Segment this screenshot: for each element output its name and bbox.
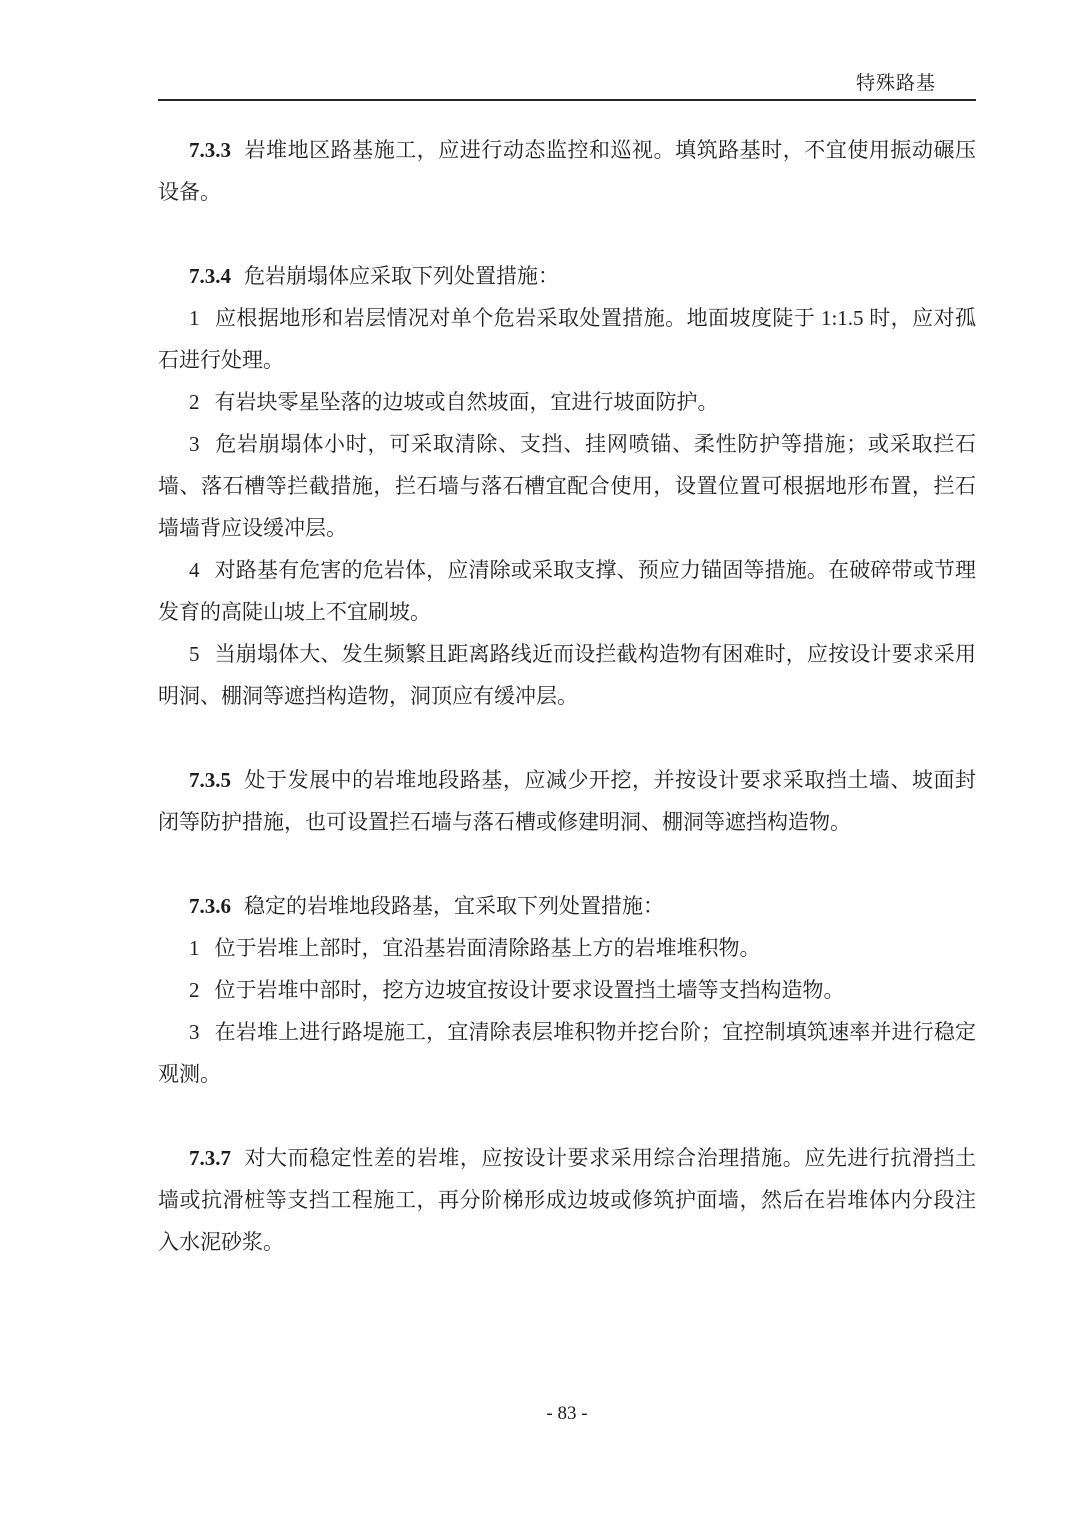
item-number: 5 bbox=[189, 642, 200, 666]
item-text: 在岩堆上进行路堤施工，宜清除表层堆积物并挖台阶；宜控制填筑速率并进行稳定观测。 bbox=[158, 1020, 976, 1086]
page-body: 7.3.3岩堆地区路基施工，应进行动态监控和巡视。填筑路基时，不宜使用振动碾压设… bbox=[158, 129, 976, 1263]
list-item: 3危岩崩塌体小时，可采取清除、支挡、挂网喷锚、柔性防护等措施；或采取拦石墙、落石… bbox=[158, 423, 976, 549]
item-number: 4 bbox=[189, 558, 200, 582]
section-paragraph: 7.3.4危岩崩塌体应采取下列处置措施： bbox=[158, 255, 976, 297]
section-7-3-4: 7.3.4危岩崩塌体应采取下列处置措施： 1应根据地形和岩层情况对单个危岩采取处… bbox=[158, 255, 976, 717]
list-item: 4对路基有危害的危岩体，应清除或采取支撑、预应力锚固等措施。在破碎带或节理发育的… bbox=[158, 549, 976, 633]
item-text: 当崩塌体大、发生频繁且距离路线近而设拦截构造物有困难时，应按设计要求采用明洞、棚… bbox=[158, 642, 976, 708]
section-7-3-7: 7.3.7对大而稳定性差的岩堆，应按设计要求采用综合治理措施。应先进行抗滑挡土墙… bbox=[158, 1137, 976, 1263]
section-text: 危岩崩塌体应采取下列处置措施： bbox=[244, 264, 559, 288]
item-number: 3 bbox=[189, 1020, 200, 1044]
item-text: 位于岩堆上部时，宜沿基岩面清除路基上方的岩堆堆积物。 bbox=[215, 936, 761, 960]
section-number: 7.3.6 bbox=[189, 894, 231, 918]
item-number: 1 bbox=[189, 936, 200, 960]
item-number: 2 bbox=[189, 978, 200, 1002]
list-item: 5当崩塌体大、发生频繁且距离路线近而设拦截构造物有困难时，应按设计要求采用明洞、… bbox=[158, 633, 976, 717]
section-paragraph: 7.3.3岩堆地区路基施工，应进行动态监控和巡视。填筑路基时，不宜使用振动碾压设… bbox=[158, 129, 976, 213]
section-number: 7.3.5 bbox=[189, 768, 231, 792]
section-7-3-5: 7.3.5处于发展中的岩堆地段路基，应减少开挖，并按设计要求采取挡土墙、坡面封闭… bbox=[158, 759, 976, 843]
list-item: 3在岩堆上进行路堤施工，宜清除表层堆积物并挖台阶；宜控制填筑速率并进行稳定观测。 bbox=[158, 1011, 976, 1095]
page-header: 特殊路基 bbox=[158, 72, 976, 101]
list-item: 1位于岩堆上部时，宜沿基岩面清除路基上方的岩堆堆积物。 bbox=[158, 927, 976, 969]
list-item: 1应根据地形和岩层情况对单个危岩采取处置措施。地面坡度陡于 1:1.5 时，应对… bbox=[158, 297, 976, 381]
section-paragraph: 7.3.6稳定的岩堆地段路基，宜采取下列处置措施： bbox=[158, 885, 976, 927]
section-7-3-6: 7.3.6稳定的岩堆地段路基，宜采取下列处置措施： 1位于岩堆上部时，宜沿基岩面… bbox=[158, 885, 976, 1095]
section-paragraph: 7.3.7对大而稳定性差的岩堆，应按设计要求采用综合治理措施。应先进行抗滑挡土墙… bbox=[158, 1137, 976, 1263]
section-number: 7.3.3 bbox=[189, 138, 231, 162]
list-item: 2有岩块零星坠落的边坡或自然坡面，宜进行坡面防护。 bbox=[158, 381, 976, 423]
section-text: 处于发展中的岩堆地段路基，应减少开挖，并按设计要求采取挡土墙、坡面封闭等防护措施… bbox=[158, 768, 976, 834]
item-number: 2 bbox=[189, 390, 200, 414]
section-number: 7.3.7 bbox=[189, 1146, 231, 1170]
document-page: 特殊路基 7.3.3岩堆地区路基施工，应进行动态监控和巡视。填筑路基时，不宜使用… bbox=[0, 0, 1074, 1520]
section-text: 对大而稳定性差的岩堆，应按设计要求采用综合治理措施。应先进行抗滑挡土墙或抗滑桩等… bbox=[158, 1146, 976, 1254]
item-text: 危岩崩塌体小时，可采取清除、支挡、挂网喷锚、柔性防护等措施；或采取拦石墙、落石槽… bbox=[158, 432, 976, 540]
item-number: 1 bbox=[189, 306, 200, 330]
section-text: 岩堆地区路基施工，应进行动态监控和巡视。填筑路基时，不宜使用振动碾压设备。 bbox=[158, 138, 976, 204]
item-text: 对路基有危害的危岩体，应清除或采取支撑、预应力锚固等措施。在破碎带或节理发育的高… bbox=[158, 558, 976, 624]
page-footer: - 83 - bbox=[158, 1402, 976, 1426]
section-paragraph: 7.3.5处于发展中的岩堆地段路基，应减少开挖，并按设计要求采取挡土墙、坡面封闭… bbox=[158, 759, 976, 843]
section-text: 稳定的岩堆地段路基，宜采取下列处置措施： bbox=[244, 894, 664, 918]
header-title: 特殊路基 bbox=[856, 72, 936, 96]
section-7-3-3: 7.3.3岩堆地区路基施工，应进行动态监控和巡视。填筑路基时，不宜使用振动碾压设… bbox=[158, 129, 976, 213]
item-text: 有岩块零星坠落的边坡或自然坡面，宜进行坡面防护。 bbox=[215, 390, 719, 414]
item-text: 应根据地形和岩层情况对单个危岩采取处置措施。地面坡度陡于 1:1.5 时，应对孤… bbox=[158, 306, 976, 372]
item-text: 位于岩堆中部时，挖方边坡宜按设计要求设置挡土墙等支挡构造物。 bbox=[215, 978, 845, 1002]
section-number: 7.3.4 bbox=[189, 264, 231, 288]
item-number: 3 bbox=[189, 432, 200, 456]
page-number: - 83 - bbox=[546, 1403, 587, 1424]
list-item: 2位于岩堆中部时，挖方边坡宜按设计要求设置挡土墙等支挡构造物。 bbox=[158, 969, 976, 1011]
